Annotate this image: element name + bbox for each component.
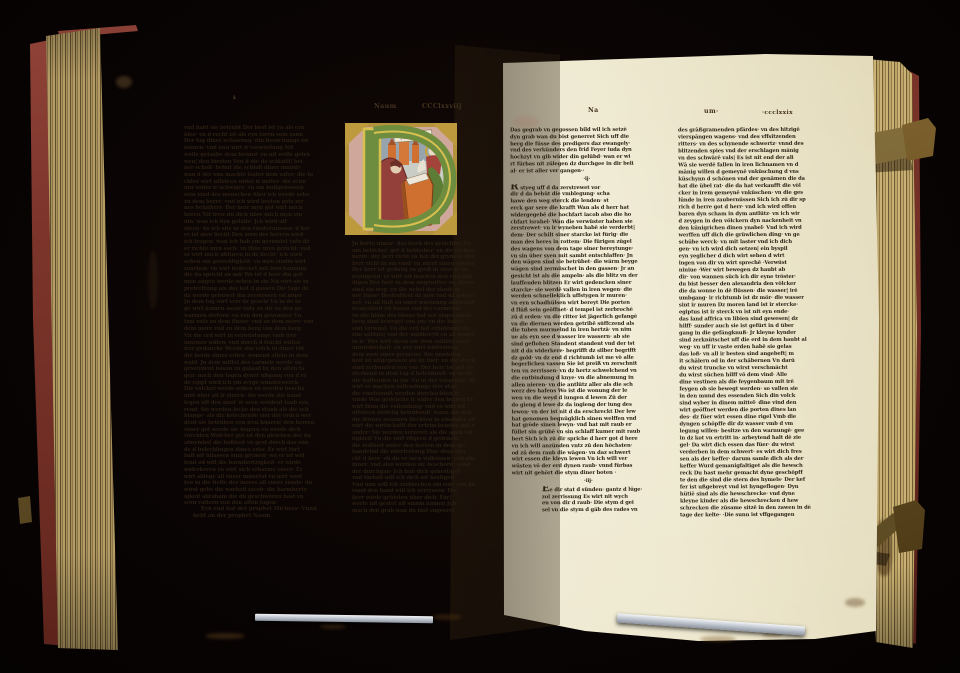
- text-line: inner· vnd also werden sie beschorn· vnn…: [352, 462, 475, 469]
- text-line: Vn die erd wirt in verwüstunge vmb irer: [184, 333, 338, 340]
- text-line: vörchten Wölcher got ist dyn gleichen de…: [184, 433, 338, 440]
- illuminated-initial-D: Naum: [344, 121, 458, 237]
- paragraph: Das gegrab vn gegossen bild wil ich setz…: [510, 127, 663, 175]
- text-line: ner schoß· behüt die schloß diner munde·: [184, 165, 338, 172]
- text-line: legen uff den mūd· ir oren werdent taub …: [184, 400, 338, 407]
- text-line: mach dyn grab wan du bist vngeeret: [352, 508, 475, 515]
- text-line: sehen sin gerechtigkeit· vn myn vindin w…: [184, 259, 338, 266]
- running-title-right-b: um·: [704, 108, 719, 115]
- text-line: tage der kelte· ·Die sunn ist vffgegange…: [680, 512, 845, 520]
- folio-number-right: ·ccclxxix: [762, 110, 793, 116]
- text-line: ge wirt kömen assur vntz zū dir zū den g…: [184, 306, 338, 313]
- right-page-column-1: Das gegrab vn gegossen bild wil ich setz…: [510, 127, 665, 515]
- text-line: herre· der herr richt vn hat dei grymen·…: [352, 254, 475, 261]
- text-line: rend· Sie werden lecke den staub als die…: [184, 407, 338, 414]
- text-line: uffsteen zwifelig betrübnuß· wann als si…: [352, 410, 475, 417]
- text-line: mbt über all ir sterck· Sie werdē die ha…: [184, 393, 338, 400]
- text-line: hören Nit frew du dich über mich myn vin: [184, 212, 338, 219]
- text-line: unwirdischait· vn wer wirt widersteen: [352, 345, 475, 352]
- text-line: ligkleit Vn die wirt vßgeen d gedenck:: [352, 436, 475, 443]
- initial-letter-stem: [364, 129, 380, 229]
- stain: [432, 614, 462, 620]
- text-line: lend od will die barmhertzigkeit· er wir…: [184, 460, 338, 467]
- folio-number-left: CCClxxviij: [422, 103, 462, 110]
- text-line: wan d der sun machte laster dem vater· d…: [184, 172, 338, 179]
- text-line: widerkeren vn wirt sich erbarmē vnser· E…: [184, 467, 338, 474]
- text-line: igkeit abraham die du geschworen hast vn: [184, 494, 338, 501]
- left-page-column-1: vnd habt sie betrübt Der best ist yn als…: [184, 125, 338, 507]
- stain: [845, 598, 865, 607]
- text-line: abnymbst die boßheit vn gest durch das s…: [184, 440, 338, 447]
- text-line: wirt ablegē all vnser missetat vn wirt w…: [184, 474, 338, 481]
- text-line: baß nit inlassen sinn grymen· wā er ist …: [184, 453, 338, 460]
- initial-D-miniature: Naum: [344, 121, 458, 237]
- text-line: wirt er machen vollendunge irer star:: [352, 384, 475, 391]
- text-line: Der herr ist gedulig vn groß in sterck· …: [352, 267, 475, 274]
- text-line: vinde Was gedencke ir wider den herren E…: [352, 397, 475, 404]
- stain: [700, 636, 736, 642]
- text-line: steen· So ich sitz in den vinsternussen·…: [184, 226, 338, 233]
- text-line: wald· Jn dem mittel des carmels werdē si…: [184, 360, 338, 367]
- photo-scene: x̄ Naum CCClxxviij vnd habt sie betrübt …: [0, 0, 960, 673]
- text-line: da werde gebuwet din zerstössen od müre: [184, 293, 338, 300]
- text-line: de d beleyblingen dines erbs· Er wirt fü…: [184, 447, 338, 454]
- text-line: vnser got werdē sie begern vn werdē dich: [184, 427, 338, 434]
- ink-smudge: [512, 116, 540, 128]
- text-line: blangē· als die kriechende vier der erde…: [184, 413, 338, 420]
- text-line: myn augen werdē sehen in sie Nu wirt sie…: [184, 279, 338, 286]
- running-title-left: Naum: [374, 103, 397, 110]
- text-line: zū dem herrē· vnd ich wird beyten gots m…: [184, 199, 338, 206]
- text-line: chter wirt uffsteen wider ir müter· die …: [184, 179, 338, 186]
- text-line: digen Der herr in dem ungewitter vn stür…: [352, 280, 475, 287]
- text-line: handelnd die übertretung Dise ding spri: [352, 449, 475, 456]
- text-line: klee· vn d recht ist als eyn toren vom z…: [184, 132, 338, 139]
- text-line: Jn dem tag wirt verr dz gesetz Vn in dē …: [184, 299, 338, 306]
- paragraph: R styeg uff d da zerstrewet vordir d da …: [510, 183, 665, 477]
- text-line: vnd habt sie betrübt Der best ist yn als…: [184, 125, 338, 132]
- colophon: Eyn end hat der prophet Micheas· Vnndheb…: [193, 506, 345, 520]
- text-line: Ju hörte nimar· das büch des gesichtes N…: [352, 241, 475, 248]
- text-line: ich tragen· wan ich hab ym gesündet vntz…: [184, 239, 338, 246]
- text-line: kranckheit ist basan vnd der carmelus·: [352, 306, 475, 313]
- page-corner-fold: [116, 76, 132, 88]
- text-line: wölle gelaubē dem freünd· vn nit wölle g…: [184, 152, 338, 159]
- text-line: sim antlütz| vnd der umbkreyß vn all won…: [352, 332, 475, 339]
- text-line: wen| den fürsten Von d die da schlafft| …: [184, 159, 338, 166]
- text-line: Die völcker werdē sehen vn werden beschä: [184, 386, 338, 393]
- text-line: zūsehen· vn wirt bedecket mit beschāmung…: [184, 266, 338, 273]
- text-line: vnnd den band will ich zerryssen· Die: [352, 488, 475, 495]
- text-line: er wirt mich ußfüren in dz liecht· ich w…: [184, 252, 338, 259]
- text-line: de egipt wird ich ym zeyge wunderwerck: [184, 380, 338, 387]
- text-line: Eyn end hat der prophet Micheas· Vnnd: [201, 506, 345, 513]
- text-line: geweydent basan vn galaad by den alten t…: [184, 366, 338, 373]
- text-line: berg sind beweget von ym· vn die bühel: [352, 319, 475, 326]
- text-line: nes behalters· Der herr myn got wirt mic…: [184, 205, 338, 212]
- text-line: die da spricht zū mir Wo ist d herr din …: [184, 272, 338, 279]
- text-line: pretrettung als das kot d gassen Die tag…: [184, 286, 338, 293]
- text-line: inwoner willen· vnd durch d frücht wille…: [184, 340, 338, 347]
- text-line: re ist myn liecht Den zorn des herren wi…: [184, 232, 338, 239]
- text-line: die herde dines erbes· wonend allein in …: [184, 353, 338, 360]
- text-line: sel vn die stym d gäb des rades vn: [542, 507, 660, 514]
- text-line: er richte myn sach· vn thüe myn gericht·…: [184, 246, 338, 253]
- text-line: nur wider ir schwiger· vn sin hußgenosse…: [184, 185, 338, 192]
- text-line: kömen· vnd nun wirt ir verwüstung Nit: [184, 145, 338, 152]
- signature-mark: x̄: [233, 96, 236, 101]
- text-line: dem möre vnd zū dem berg von dem berg: [184, 326, 338, 333]
- text-line: Ee dir stat d sünden· gantz d lüge·: [542, 485, 660, 493]
- text-line: sterkend in dem tag d betrübnuß· vn weyß: [352, 371, 475, 378]
- text-line: warmen stetorn· vn von den gewonnee Vn: [184, 313, 338, 320]
- text-line: ner füsse· Bestraffent dz mör vnd dz ust…: [352, 293, 475, 300]
- text-line: hebt an der prophet Naum: [193, 513, 345, 520]
- text-line: Der tag diner schawung· din besüchunge i…: [184, 138, 338, 145]
- text-line: keit ist ußgegossen als dz füer· vn die …: [352, 358, 475, 365]
- text-line: sein vind des menschen Aber ich werde se…: [184, 192, 338, 199]
- running-title-right-a: Na: [588, 107, 599, 114]
- text-line: tzm vntz zū dem flusse· vnd zū dem möre·…: [184, 319, 338, 326]
- stain: [205, 633, 245, 639]
- text-line: gen· nach den tagen dyner ußgang von d e…: [184, 373, 338, 380]
- text-line: wirst gebē die warheit iacob· die barmhe…: [184, 487, 338, 494]
- text-line: wirt die wirtschafft der ertrinckenden m…: [352, 423, 475, 430]
- text-line: irer gedancke Weyde din volck in diner r…: [184, 346, 338, 353]
- paragraph: Ee dir stat d sünden· gantz d lüge·zol z…: [542, 485, 660, 514]
- text-line: fen in die tieffe des meres all vnser sü…: [184, 480, 338, 487]
- stain: [320, 624, 346, 629]
- text-line: din· wan ich byn gefallē· Jch wird uff: [184, 219, 338, 226]
- left-page-column-2: Ju hörte nimar· das büch des gesichtes N…: [352, 241, 475, 514]
- right-page-column-2: des grāßgramenden pfärdes· vn des hitzig…: [678, 127, 845, 520]
- stain: [148, 250, 158, 310]
- text-line: dent sie betrüben von iren hüsern/ den h…: [184, 420, 338, 427]
